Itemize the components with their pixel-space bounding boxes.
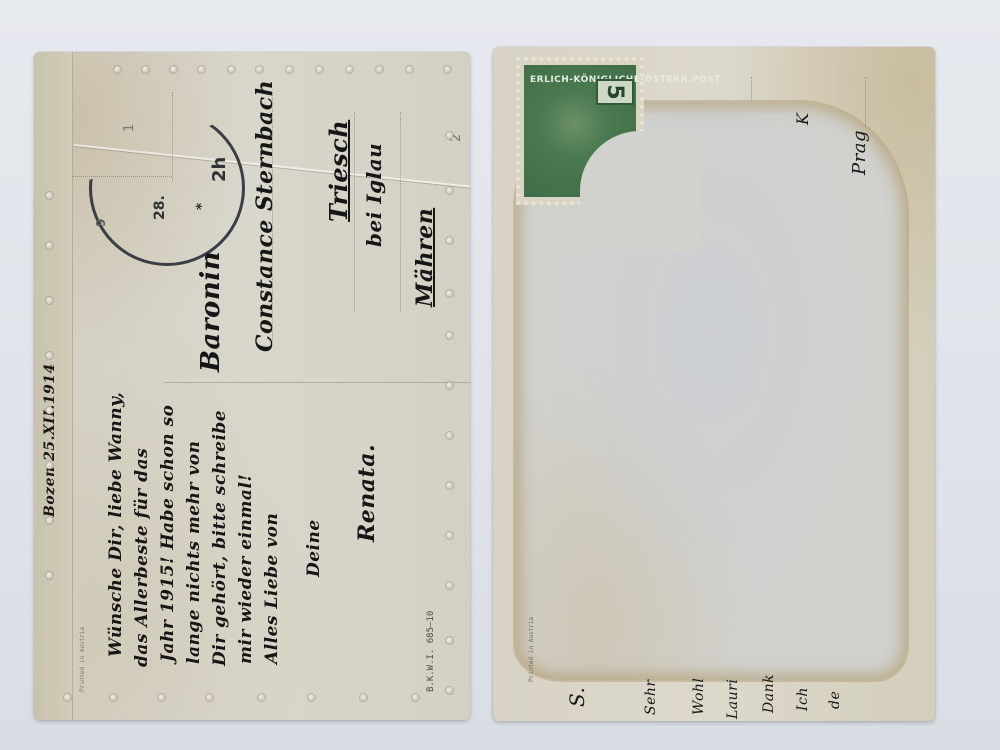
perforation-hole — [446, 187, 453, 194]
perforation-hole — [46, 407, 53, 414]
postmark-star: * — [194, 203, 210, 210]
perforation-hole — [256, 66, 263, 73]
perforation-hole — [446, 132, 453, 139]
perforation-hole — [376, 66, 383, 73]
handwriting-initial: S. — [565, 687, 589, 707]
perforation-hole — [446, 432, 453, 439]
handwriting-word-6: de — [827, 691, 843, 709]
printer-mark: B.K.W.I. 685—10 — [426, 611, 436, 692]
message-line-5: Dir gehört, bitte schreibe — [210, 410, 230, 666]
handwriting-word-1: Sehr — [643, 679, 659, 715]
perforation-hole — [206, 694, 213, 701]
message-line-1: Wünsche Dir, liebe Wanny, — [106, 392, 126, 657]
postmark-time: 2h — [209, 157, 230, 182]
address-line-1: Baronin — [196, 251, 226, 372]
postmark-day: 28. — [152, 195, 168, 220]
address-line-5: Mähren — [412, 208, 438, 307]
perforation-hole — [412, 694, 419, 701]
small-print: Printed in Austria — [528, 617, 535, 682]
perforation-hole — [170, 66, 177, 73]
message-line-4: lange nichts mehr von — [184, 441, 204, 664]
postmark-circle — [89, 110, 245, 266]
message-line-3: Jahr 1915! Habe schon so — [158, 405, 178, 663]
perforation-hole — [46, 242, 53, 249]
pencil-mark: 1 — [122, 124, 137, 132]
perforation-hole — [446, 382, 453, 389]
postmark-year-fragment: 9 — [94, 219, 108, 227]
perforation-hole — [46, 192, 53, 199]
perforation-hole — [444, 66, 451, 73]
handwriting-prag: Prag — [849, 130, 870, 175]
perforation-hole — [316, 66, 323, 73]
perforation-hole — [406, 66, 413, 73]
perforation-hole — [446, 237, 453, 244]
postcard-left: 28. 2h * 9 1 2 Baronin Constance Sternba… — [34, 52, 470, 720]
perforation-hole — [198, 66, 205, 73]
stamp-value: 5 — [596, 79, 634, 105]
signature: Renata. — [354, 444, 380, 542]
date-line: Bozen 25.XII.1914 — [42, 363, 58, 517]
perforation-hole — [46, 572, 53, 579]
perforation-hole — [158, 694, 165, 701]
perforation-hole — [446, 582, 453, 589]
handwriting-word-4: Dank — [761, 674, 777, 713]
message-line-6: mir wieder einmal! — [236, 474, 256, 664]
address-guide-line — [400, 112, 401, 312]
scraped-stamp-area — [580, 131, 700, 251]
small-print: Printed in Austria — [79, 627, 86, 692]
perforation-hole — [228, 66, 235, 73]
perforation-hole — [446, 687, 453, 694]
perforation-hole — [346, 66, 353, 73]
perforation-hole — [46, 517, 53, 524]
perforation-hole — [114, 66, 121, 73]
perforation-hole — [446, 532, 453, 539]
perforation-hole — [360, 694, 367, 701]
perforation-hole — [446, 290, 453, 297]
perforation-hole — [446, 482, 453, 489]
postage-stamp: ERLICH-KÖNIGLICHE-ÖSTERR.POST 5 — [516, 57, 644, 205]
perforation-hole — [446, 637, 453, 644]
message-divider — [164, 382, 470, 383]
message-line-7: Alles Liebe von — [262, 513, 282, 664]
handwriting-word-3: Lauri — [725, 679, 741, 719]
perforation-hole — [308, 694, 315, 701]
address-line-2: Constance Sternbach — [252, 80, 278, 352]
perforation-hole — [142, 66, 149, 73]
perforation-hole — [286, 66, 293, 73]
address-line-4: bei Iglau — [362, 143, 386, 247]
perforation-hole — [64, 694, 71, 701]
handwriting-word-2: Wohl — [691, 678, 707, 715]
handwriting-word-5: Ich — [795, 687, 811, 711]
address-guide-line — [354, 112, 355, 312]
message-line-2: das Allerbeste für das — [132, 448, 152, 667]
handwriting-top: K — [793, 113, 812, 125]
perforation-hole — [446, 332, 453, 339]
postcard-right: ERLICH-KÖNIGLICHE-ÖSTERR.POST 5 K Prag S… — [493, 47, 935, 721]
closing: Deine — [304, 519, 324, 577]
perforation-hole — [110, 694, 117, 701]
perforation-hole — [46, 297, 53, 304]
perforation-hole — [258, 694, 265, 701]
perforation-hole — [46, 352, 53, 359]
address-line-3: Triesch — [324, 120, 353, 222]
perforation-hole — [46, 462, 53, 469]
